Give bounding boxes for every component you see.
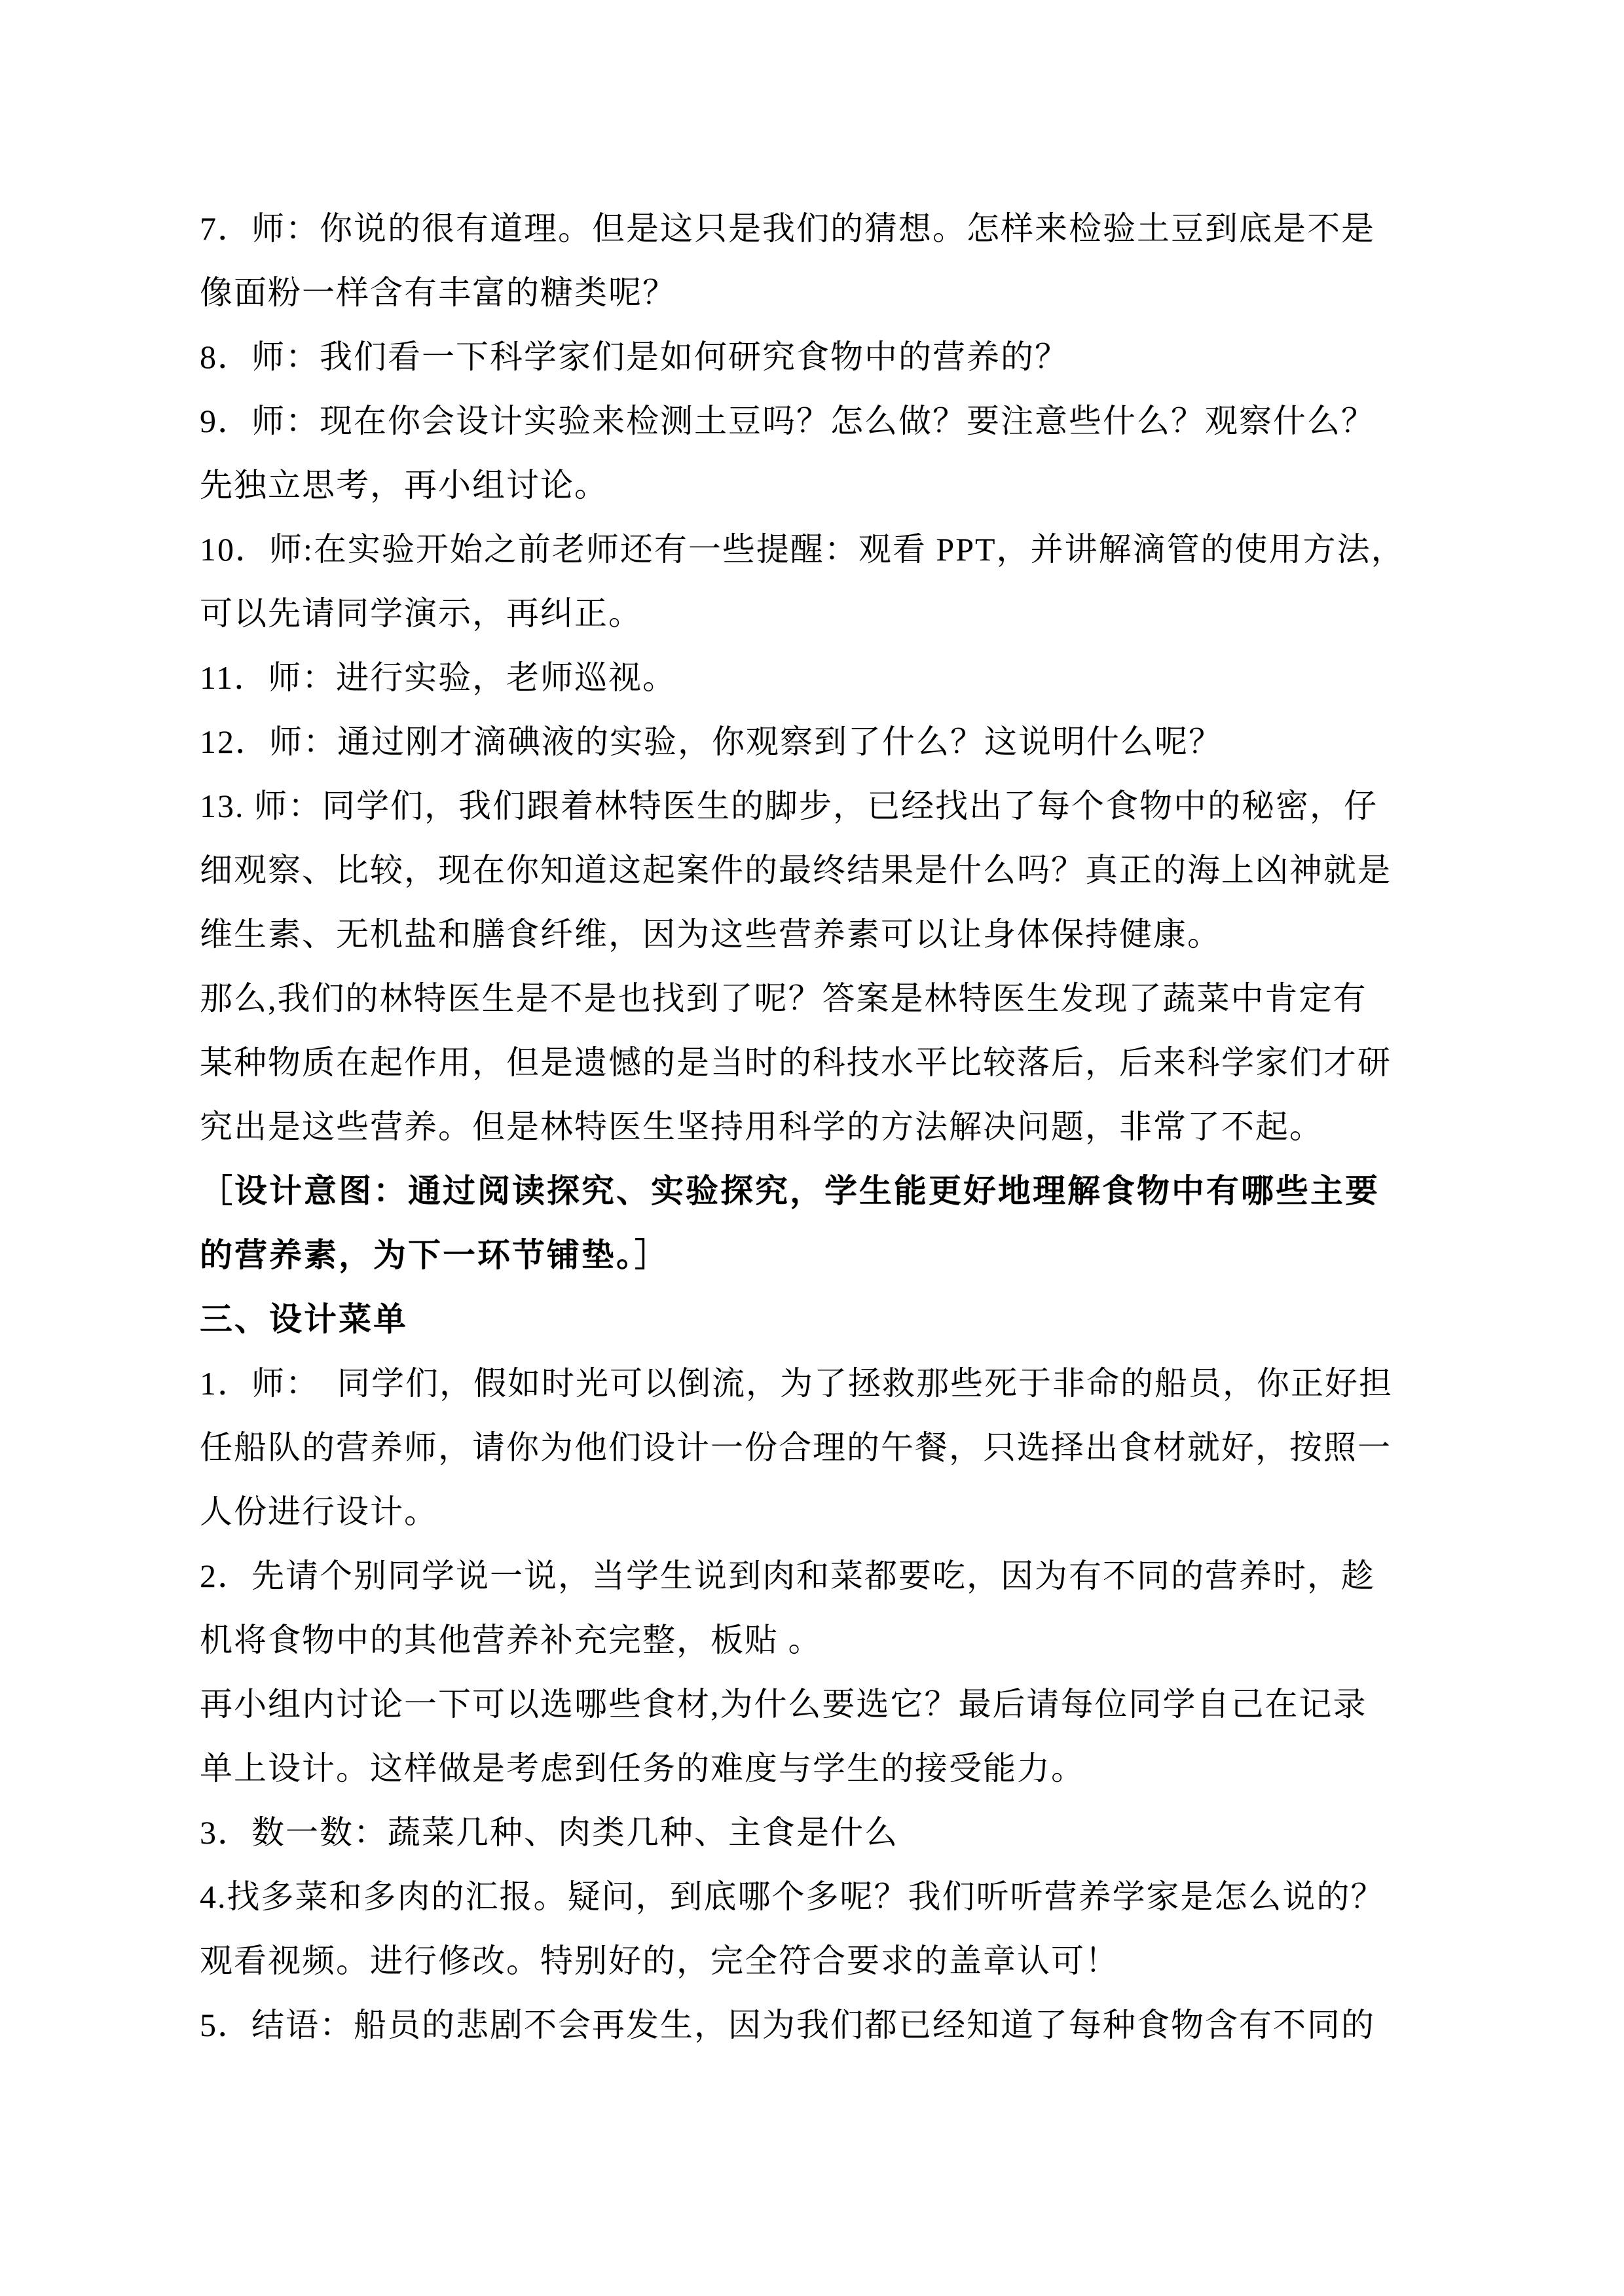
text-line-19: 1．师： 同学们，假如时光可以倒流，为了拯救那些死于非命的船员，你正好担 [200, 1351, 1431, 1415]
text-line-4: 9．师：现在你会设计实验来检测土豆吗？怎么做？要注意些什么？观察什么？ [200, 389, 1431, 453]
document-page: 7．师：你说的很有道理。但是这只是我们的猜想。怎样来检验土豆到底是不是像面粉一样… [200, 196, 1431, 2057]
text-line-18: 三、设计菜单 [200, 1287, 1431, 1351]
text-line-23: 机将食物中的其他营养补充完整，板贴 。 [200, 1608, 1431, 1672]
text-line-16: ［设计意图：通过阅读探究、实验探究，学生能更好地理解食物中有哪些主要 [200, 1159, 1431, 1223]
text-line-13: 那么,我们的林特医生是不是也找到了呢？答案是林特医生发现了蔬菜中肯定有 [200, 966, 1431, 1030]
text-line-28: 观看视频。进行修改。特别好的，完全符合要求的盖章认可！ [200, 1929, 1431, 1993]
document-text-body: 7．师：你说的很有道理。但是这只是我们的猜想。怎样来检验土豆到底是不是像面粉一样… [200, 196, 1431, 2057]
text-line-22: 2．先请个别同学说一说，当学生说到肉和菜都要吃，因为有不同的营养时，趁 [200, 1544, 1431, 1608]
text-line-15: 究出是这些营养。但是林特医生坚持用科学的方法解决问题，非常了不起。 [200, 1095, 1431, 1159]
text-line-24: 再小组内讨论一下可以选哪些食材,为什么要选它？最后请每位同学自己在记录 [200, 1672, 1431, 1736]
text-line-26: 3．数一数：蔬菜几种、肉类几种、主食是什么 [200, 1800, 1431, 1865]
text-line-12: 维生素、无机盐和膳食纤维，因为这些营养素可以让身体保持健康。 [200, 902, 1431, 966]
text-line-1: 7．师：你说的很有道理。但是这只是我们的猜想。怎样来检验土豆到底是不是 [200, 196, 1431, 261]
text-line-6: 10．师:在实验开始之前老师还有一些提醒：观看 PPT，并讲解滴管的使用方法， [200, 517, 1431, 581]
text-line-14: 某种物质在起作用，但是遗憾的是当时的科技水平比较落后，后来科学家们才研 [200, 1030, 1431, 1095]
text-line-3: 8．师：我们看一下科学家们是如何研究食物中的营养的？ [200, 325, 1431, 389]
text-line-11: 细观察、比较，现在你知道这起案件的最终结果是什么吗？真正的海上凶神就是 [200, 838, 1431, 902]
text-line-8: 11．师：进行实验，老师巡视。 [200, 646, 1431, 710]
text-line-10: 13. 师：同学们，我们跟着林特医生的脚步，已经找出了每个食物中的秘密，仔 [200, 774, 1431, 838]
text-line-17: 的营养素，为下一环节铺垫。］ [200, 1223, 1431, 1287]
text-line-7: 可以先请同学演示，再纠正。 [200, 581, 1431, 646]
text-line-25: 单上设计。这样做是考虑到任务的难度与学生的接受能力。 [200, 1736, 1431, 1800]
text-line-20: 任船队的营养师，请你为他们设计一份合理的午餐，只选择出食材就好，按照一 [200, 1415, 1431, 1480]
text-line-9: 12．师：通过刚才滴碘液的实验，你观察到了什么？这说明什么呢？ [200, 710, 1431, 774]
text-line-5: 先独立思考，再小组讨论。 [200, 453, 1431, 517]
text-line-27: 4.找多菜和多肉的汇报。疑问，到底哪个多呢？我们听听营养学家是怎么说的？ [200, 1865, 1431, 1929]
text-line-21: 人份进行设计。 [200, 1480, 1431, 1544]
text-line-29: 5．结语：船员的悲剧不会再发生，因为我们都已经知道了每种食物含有不同的 [200, 1993, 1431, 2057]
text-line-2: 像面粉一样含有丰富的糖类呢？ [200, 261, 1431, 325]
